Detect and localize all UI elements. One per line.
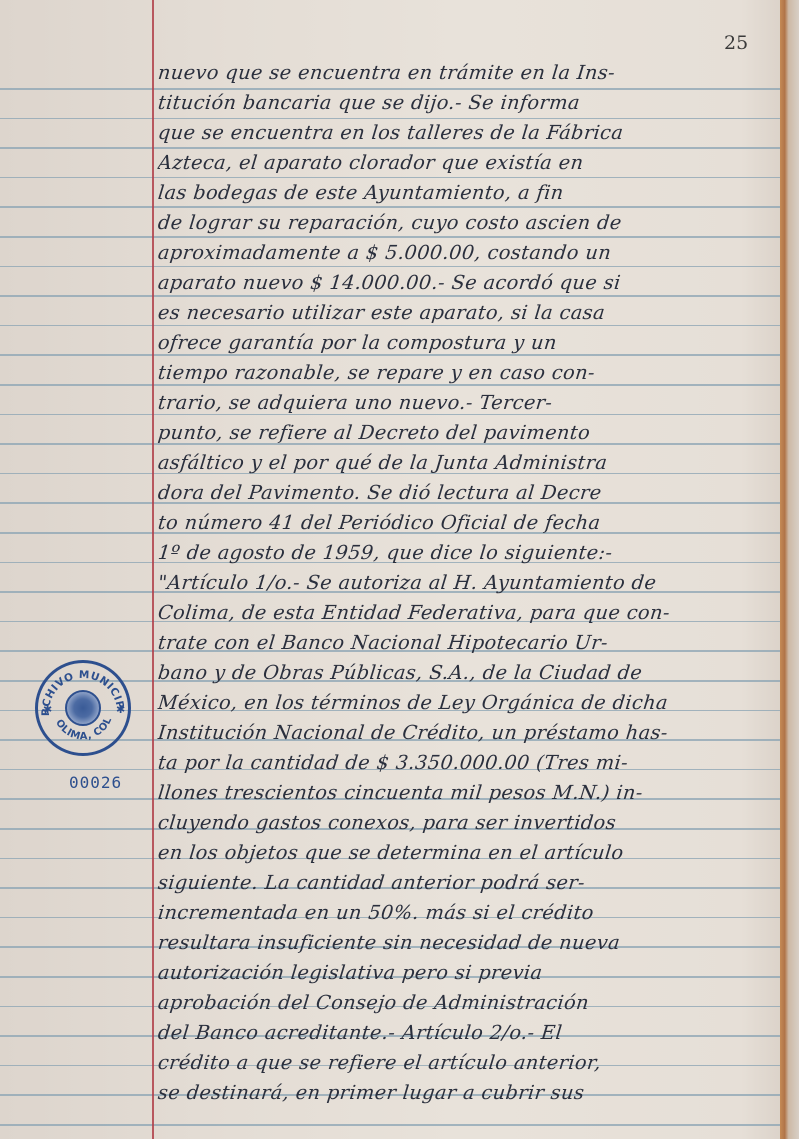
text-line: Institución Nacional de Crédito, un prés…: [156, 718, 779, 748]
margin-line: [152, 0, 154, 1139]
page-number: 25: [724, 32, 748, 54]
text-line: México, en los términos de Ley Orgánica …: [156, 688, 779, 718]
star-icon: ✱: [43, 703, 52, 716]
text-line: del Banco acreditante.- Artículo 2/o.- E…: [156, 1018, 779, 1048]
ledger-page: 25 nuevo que se encuentra en trámite en …: [0, 0, 780, 1139]
text-line: aproximadamente a $ 5.000.00, costando u…: [156, 238, 779, 268]
star-icon: ✱: [116, 703, 125, 716]
page-edge: [780, 0, 799, 1139]
text-line: aparato nuevo $ 14.000.00.- Se acordó qu…: [156, 268, 779, 298]
text-line: es necesario utilizar este aparato, si l…: [156, 298, 779, 328]
text-line: incrementada en un 50%. más si el crédit…: [156, 898, 779, 928]
text-line: que se encuentra en los talleres de la F…: [156, 118, 779, 148]
text-line: ta por la cantidad de $ 3.350.000.00 (Tr…: [156, 748, 779, 778]
text-line: llones trescientos cincuenta mil pesos M…: [156, 778, 779, 808]
text-line: bano y de Obras Públicas, S.A., de la Ci…: [156, 658, 779, 688]
text-line: crédito a que se refiere el artículo ant…: [156, 1048, 779, 1078]
text-line: trario, se adquiera uno nuevo.- Tercer-: [156, 388, 779, 418]
text-line: nuevo que se encuentra en trámite en la …: [156, 58, 779, 88]
text-line: aprobación del Consejo de Administración: [156, 988, 779, 1018]
text-line: las bodegas de este Ayuntamiento, a fin: [156, 178, 779, 208]
text-line: resultara insuficiente sin necesidad de …: [156, 928, 779, 958]
text-line: tiempo razonable, se repare y en caso co…: [156, 358, 779, 388]
text-line: 1º de agosto de 1959, que dice lo siguie…: [156, 538, 779, 568]
text-line: asfáltico y el por qué de la Junta Admin…: [156, 448, 779, 478]
text-line: titución bancaria que se dijo.- Se infor…: [156, 88, 779, 118]
text-line: en los objetos que se determina en el ar…: [156, 838, 779, 868]
stamp-number: 00026: [69, 773, 122, 792]
coat-of-arms-seal-icon: [65, 690, 101, 726]
text-line: Colima, de esta Entidad Federativa, para…: [156, 598, 779, 628]
text-line: Azteca, el aparato clorador que existía …: [156, 148, 779, 178]
text-line: trate con el Banco Nacional Hipotecario …: [156, 628, 779, 658]
handwritten-text: nuevo que se encuentra en trámite en la …: [158, 58, 778, 1108]
text-line: autorización legislativa pero si previa: [156, 958, 779, 988]
text-line: de lograr su reparación, cuyo costo asci…: [156, 208, 779, 238]
archive-stamp: ARCHIVO MUNICIPAL COLIMA, COL. ✱ ✱: [35, 660, 131, 756]
text-line: siguiente. La cantidad anterior podrá se…: [156, 868, 779, 898]
text-line: punto, se refiere al Decreto del pavimen…: [156, 418, 779, 448]
text-line: to número 41 del Periódico Oficial de fe…: [156, 508, 779, 538]
text-line: cluyendo gastos conexos, para ser invert…: [156, 808, 779, 838]
text-line: se destinará, en primer lugar a cubrir s…: [156, 1078, 779, 1108]
text-line: dora del Pavimento. Se dió lectura al De…: [156, 478, 779, 508]
text-line: ofrece garantía por la compostura y un: [156, 328, 779, 358]
text-line: "Artículo 1/o.- Se autoriza al H. Ayunta…: [156, 568, 779, 598]
